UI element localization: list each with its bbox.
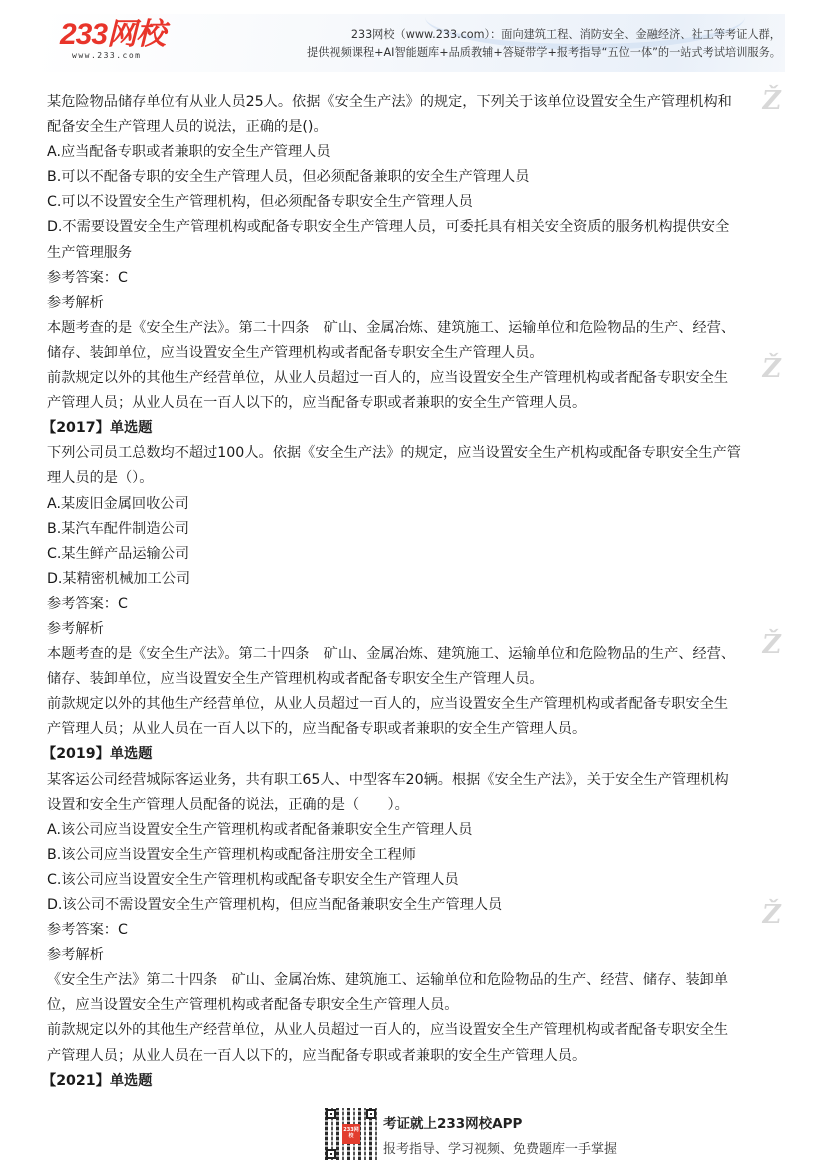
option-b: B.该公司应当设置安全生产管理机构或配备注册安全工程师 [47, 843, 769, 868]
qr-finder-icon [326, 1149, 336, 1159]
question-stem-line: 设置和安全生产管理人员配备的说法，正确的是（ ）。 [47, 793, 769, 818]
option-b: B.某汽车配件制造公司 [47, 517, 769, 542]
answer: 参考答案：C [47, 266, 769, 291]
option-d-continued: 生产管理服务 [47, 241, 769, 266]
header-desc-line-2: 提供视频课程+AI智能题库+品质教辅+答疑带学+报考指导“五位一体”的一站式考试… [307, 44, 781, 62]
qr-finder-icon [366, 1109, 376, 1119]
option-c: C.某生鲜产品运输公司 [47, 542, 769, 567]
analysis-line: 前款规定以外的其他生产经营单位，从业人员超过一百人的，应当设置安全生产管理机构或… [47, 1018, 769, 1043]
header-description: 233网校（www.233.com）：面向建筑工程、消防安全、金融经济、社工等考… [307, 26, 781, 62]
question-stem-line: 某客运公司经营城际客运业务，共有职工65人、中型客车20辆。根据《安全生产法》，… [47, 768, 769, 793]
analysis-label: 参考解析 [47, 943, 769, 968]
option-d: D.某精密机械加工公司 [47, 567, 769, 592]
question-4: 【2021】单选题 [47, 1069, 769, 1094]
analysis-line: 本题考查的是《安全生产法》。第二十四条 矿山、金属冶炼、建筑施工、运输单位和危险… [47, 316, 769, 341]
answer: 参考答案：C [47, 918, 769, 943]
question-stem-line: 下列公司员工总数均不超过100人。依据《安全生产法》的规定，应当设置安全生产机构… [47, 441, 769, 466]
qr-code-icon: 233网校 [325, 1108, 377, 1160]
page-header: 233网校 www.233.com 233网校（www.233.com）：面向建… [40, 14, 785, 72]
question-3: 【2019】单选题 某客运公司经营城际客运业务，共有职工65人、中型客车20辆。… [47, 742, 769, 1068]
analysis-line: 产管理人员；从业人员在一百人以下的，应当配备专职或者兼职的安全生产管理人员。 [47, 1044, 769, 1069]
analysis-line: 储存、装卸单位，应当设置安全生产管理机构或者配备专职安全生产管理人员。 [47, 667, 769, 692]
footer-subtitle: 报考指导、学习视频、免费题库一手掌握 [383, 1138, 617, 1157]
option-c: C.该公司应当设置安全生产管理机构或配备专职安全生产管理人员 [47, 868, 769, 893]
logo: 233网校 www.233.com [60, 20, 200, 66]
question-heading: 【2019】单选题 [42, 742, 769, 767]
analysis-line: 位，应当设置安全生产管理机构或者配备专职安全生产管理人员。 [47, 993, 769, 1018]
option-d: D.不需要设置安全生产管理机构或配备专职安全生产管理人员，可委托具有相关安全资质… [47, 215, 769, 240]
analysis-label: 参考解析 [47, 291, 769, 316]
analysis-label: 参考解析 [47, 617, 769, 642]
logo-url: www.233.com [72, 51, 200, 60]
qr-logo-icon: 233网校 [342, 1124, 360, 1144]
analysis-line: 储存、装卸单位，应当设置安全生产管理机构或者配备专职安全生产管理人员。 [47, 341, 769, 366]
answer: 参考答案：C [47, 592, 769, 617]
analysis-line: 产管理人员；从业人员在一百人以下的，应当配备专职或者兼职的安全生产管理人员。 [47, 391, 769, 416]
page-footer: 233网校 考证就上233网校APP 报考指导、学习视频、免费题库一手掌握 [325, 1108, 645, 1162]
analysis-line: 前款规定以外的其他生产经营单位，从业人员超过一百人的，应当设置安全生产管理机构或… [47, 692, 769, 717]
option-c: C.可以不设置安全生产管理机构，但必须配备专职安全生产管理人员 [47, 190, 769, 215]
option-a: A.某废旧金属回收公司 [47, 492, 769, 517]
option-b: B.可以不配备专职的安全生产管理人员，但必须配备兼职的安全生产管理人员 [47, 165, 769, 190]
question-stem-line: 配备安全生产管理人员的说法，正确的是()。 [47, 115, 769, 140]
option-a: A.该公司应当设置安全生产管理机构或者配备兼职安全生产管理人员 [47, 818, 769, 843]
question-2: 【2017】单选题 下列公司员工总数均不超过100人。依据《安全生产法》的规定，… [47, 416, 769, 742]
analysis-line: 前款规定以外的其他生产经营单位，从业人员超过一百人的，应当设置安全生产管理机构或… [47, 366, 769, 391]
question-heading: 【2021】单选题 [42, 1069, 769, 1094]
qr-finder-icon [326, 1109, 336, 1119]
question-stem-line: 理人员的是（）。 [47, 466, 769, 491]
question-stem-line: 某危险物品储存单位有从业人员25人。依据《安全生产法》的规定，下列关于该单位设置… [47, 90, 769, 115]
option-d: D.该公司不需设置安全生产管理机构，但应当配备兼职安全生产管理人员 [47, 893, 769, 918]
question-1: 某危险物品储存单位有从业人员25人。依据《安全生产法》的规定，下列关于该单位设置… [47, 90, 769, 416]
footer-title: 考证就上233网校APP [383, 1112, 522, 1132]
logo-text: 233网校 [60, 20, 200, 50]
analysis-line: 《安全生产法》第二十四条 矿山、金属冶炼、建筑施工、运输单位和危险物品的生产、经… [47, 968, 769, 993]
header-desc-line-1: 233网校（www.233.com）：面向建筑工程、消防安全、金融经济、社工等考… [307, 26, 781, 44]
document-body: 某危险物品储存单位有从业人员25人。依据《安全生产法》的规定，下列关于该单位设置… [47, 90, 769, 1094]
question-heading: 【2017】单选题 [42, 416, 769, 441]
option-a: A.应当配备专职或者兼职的安全生产管理人员 [47, 140, 769, 165]
analysis-line: 产管理人员；从业人员在一百人以下的，应当配备专职或者兼职的安全生产管理人员。 [47, 717, 769, 742]
analysis-line: 本题考查的是《安全生产法》。第二十四条 矿山、金属冶炼、建筑施工、运输单位和危险… [47, 642, 769, 667]
